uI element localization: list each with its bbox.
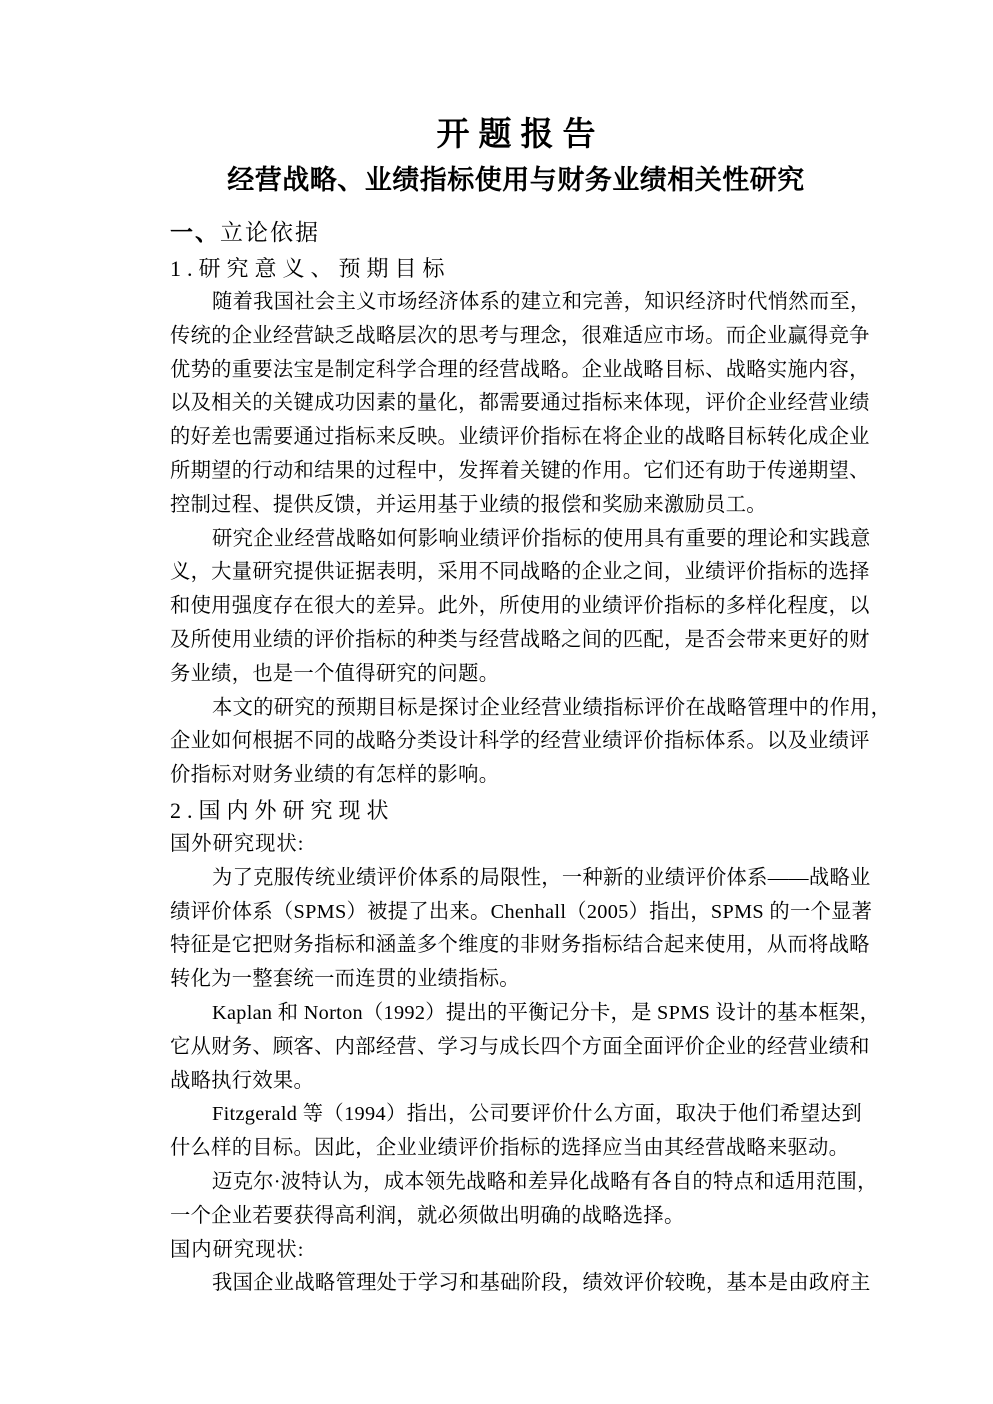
text-line: 迈克尔·波特认为，成本领先战略和差异化战略有各自的特点和适用范围， xyxy=(170,1166,862,1200)
text-line: Fitzgerald 等（1994）指出，公司要评价什么方面，取决于他们希望达到 xyxy=(170,1098,862,1132)
text-line: 绩评价体系（SPMS）被提了出来。Chenhall（2005）指出，SPMS 的… xyxy=(170,896,862,930)
doc-subtitle: 经营战略、业绩指标使用与财务业绩相关性研究 xyxy=(170,158,862,202)
text-line: 什么样的目标。因此，企业业绩评价指标的选择应当由其经营战略来驱动。 xyxy=(170,1132,862,1166)
text-line: 战略执行效果。 xyxy=(170,1065,862,1099)
text-line: 特征是它把财务指标和涵盖多个维度的非财务指标结合起来使用，从而将战略 xyxy=(170,929,862,963)
paragraph-5: Kaplan 和 Norton（1992）提出的平衡记分卡，是 SPMS 设计的… xyxy=(170,997,862,1098)
text-line: 转化为一整套统一而连贯的业绩指标。 xyxy=(170,963,862,997)
document-page: 开题报告 经营战略、业绩指标使用与财务业绩相关性研究 一、立论依据 1.研究意义… xyxy=(0,0,993,1404)
text-line: 义，大量研究提供证据表明，采用不同战略的企业之间，业绩评价指标的选择 xyxy=(170,556,862,590)
section-heading-1: 一、立论依据 xyxy=(170,214,862,251)
document-body: 一、立论依据 1.研究意义、预期目标 随着我国社会主义市场经济体系的建立和完善，… xyxy=(170,214,862,1301)
text-line: 和使用强度存在很大的差异。此外，所使用的业绩评价指标的多样化程度，以 xyxy=(170,590,862,624)
subsection-heading-research: 1.研究意义、预期目标 xyxy=(170,251,862,286)
text-line: 价指标对财务业绩的有怎样的影响。 xyxy=(170,759,862,793)
text-line: 研究企业经营战略如何影响业绩评价指标的使用具有重要的理论和实践意 xyxy=(170,523,862,557)
text-line: Kaplan 和 Norton（1992）提出的平衡记分卡，是 SPMS 设计的… xyxy=(170,997,862,1031)
text-line: 随着我国社会主义市场经济体系的建立和完善，知识经济时代悄然而至， xyxy=(170,286,862,320)
text-line: 为了克服传统业绩评价体系的局限性，一种新的业绩评价体系——战略业 xyxy=(170,862,862,896)
text-line: 的好差也需要通过指标来反映。业绩评价指标在将企业的战略目标转化成企业 xyxy=(170,421,862,455)
text-line: 企业如何根据不同的战略分类设计科学的经营业绩评价指标体系。以及业绩评 xyxy=(170,725,862,759)
text-line: 务业绩，也是一个值得研究的问题。 xyxy=(170,658,862,692)
text-line: 所期望的行动和结果的过程中，发挥着关键的作用。它们还有助于传递期望、 xyxy=(170,455,862,489)
text-line: 控制过程、提供反馈，并运用基于业绩的报偿和奖励来激励员工。 xyxy=(170,489,862,523)
paragraph-3: 本文的研究的预期目标是探讨企业经营业绩指标评价在战略管理中的作用， 企业如何根据… xyxy=(170,692,862,793)
doc-title: 开题报告 xyxy=(170,112,862,158)
text-line: 以及相关的关键成功因素的量化，都需要通过指标来体现，评价企业经营业绩 xyxy=(170,387,862,421)
paragraph-1: 随着我国社会主义市场经济体系的建立和完善，知识经济时代悄然而至， 传统的企业经营… xyxy=(170,286,862,523)
text-line: 一个企业若要获得高利润，就必须做出明确的战略选择。 xyxy=(170,1200,862,1234)
text-line: 优势的重要法宝是制定科学合理的经营战略。企业战略目标、战略实施内容， xyxy=(170,354,862,388)
subsection-heading-status: 2.国内外研究现状 xyxy=(170,793,862,828)
label-domestic-research: 国内研究现状: xyxy=(170,1234,862,1268)
paragraph-2: 研究企业经营战略如何影响业绩评价指标的使用具有重要的理论和实践意 义，大量研究提… xyxy=(170,523,862,692)
paragraph-6: Fitzgerald 等（1994）指出，公司要评价什么方面，取决于他们希望达到… xyxy=(170,1098,862,1166)
text-line: 本文的研究的预期目标是探讨企业经营业绩指标评价在战略管理中的作用， xyxy=(170,692,862,726)
text-line: 及所使用业绩的评价指标的种类与经营战略之间的匹配，是否会带来更好的财 xyxy=(170,624,862,658)
paragraph-8: 我国企业战略管理处于学习和基础阶段，绩效评价较晚，基本是由政府主 xyxy=(170,1267,862,1301)
paragraph-7: 迈克尔·波特认为，成本领先战略和差异化战略有各自的特点和适用范围， 一个企业若要… xyxy=(170,1166,862,1234)
text-line: 我国企业战略管理处于学习和基础阶段，绩效评价较晚，基本是由政府主 xyxy=(170,1267,862,1301)
section-title: 立论依据 xyxy=(220,220,320,245)
text-line: 传统的企业经营缺乏战略层次的思考与理念，很难适应市场。而企业赢得竞争 xyxy=(170,320,862,354)
section-number: 一、 xyxy=(170,219,220,245)
label-foreign-research: 国外研究现状: xyxy=(170,828,862,862)
paragraph-4: 为了克服传统业绩评价体系的局限性，一种新的业绩评价体系——战略业 绩评价体系（S… xyxy=(170,862,862,997)
text-line: 它从财务、顾客、内部经营、学习与成长四个方面全面评价企业的经营业绩和 xyxy=(170,1031,862,1065)
